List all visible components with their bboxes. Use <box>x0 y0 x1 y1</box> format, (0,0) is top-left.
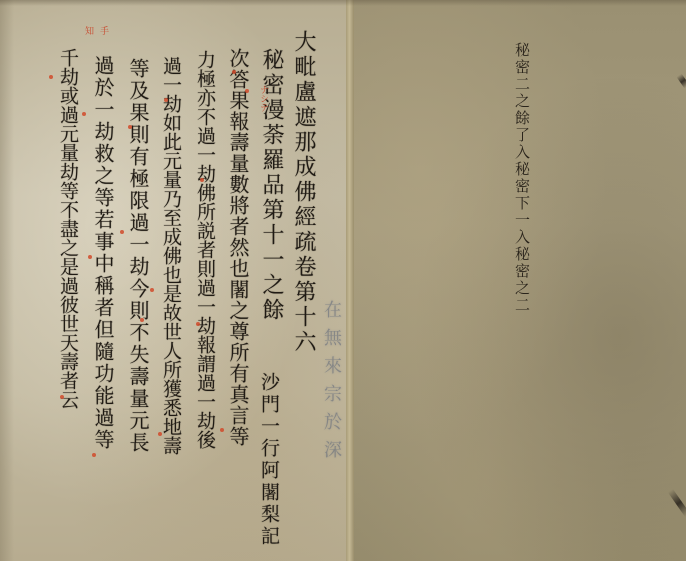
red-dot-mark <box>120 230 124 234</box>
red-dot-mark <box>92 453 96 457</box>
text-column-title: 大毗盧遮那成佛經疏卷第十六 <box>290 30 316 355</box>
page-gutter <box>346 0 354 561</box>
right-page-annotation: 秘密二之餘了入秘密下一入秘密之二 <box>512 42 533 314</box>
red-dot-mark <box>220 428 224 432</box>
faint-show-through-text: 在無來宗於深 <box>318 300 344 468</box>
red-dot-mark <box>158 432 162 436</box>
red-dot-mark <box>196 322 200 326</box>
red-dot-mark <box>82 112 86 116</box>
red-dot-mark <box>150 288 154 292</box>
text-column-4: 力極亦不過一劫佛所説者則過一劫報謂過一劫後 <box>192 50 218 449</box>
red-annotation-mark: ナシテ <box>257 85 270 112</box>
red-dot-mark <box>60 395 64 399</box>
top-edge-shadow <box>0 0 686 6</box>
text-column-6: 等及果則有極限過一劫今則不失壽量元長 <box>125 58 151 454</box>
text-column-author: 沙門一行阿闍梨記 <box>258 372 280 548</box>
text-column-3: 次答果報壽量數將者然也闍之尊所有真言等 <box>225 48 251 447</box>
text-column-8: 千劫或過元量劫等不盡之是過彼世天壽者云 <box>55 48 81 409</box>
red-dot-mark <box>140 318 144 322</box>
manuscript-spread: 大毗盧遮那成佛經疏卷第十六 秘密漫荼羅品第十一之餘 沙門一行阿闍梨記 次答果報壽… <box>0 0 686 561</box>
red-dot-mark <box>128 125 132 129</box>
red-dot-mark <box>49 75 53 79</box>
red-annotation-mark: 知 <box>82 26 95 35</box>
text-column-7: 過於一劫救之等若事中稱者但隨功能過等 <box>90 55 116 451</box>
red-dot-mark <box>200 178 204 182</box>
red-dot-mark <box>88 255 92 259</box>
red-annotation-mark: 手 <box>97 26 110 35</box>
red-dot-mark <box>245 89 249 93</box>
red-dot-mark <box>232 70 236 74</box>
red-dot-mark <box>164 98 168 102</box>
text-column-5: 過一劫如此元量乃至成佛也是故世人所獲悉地壽 <box>158 56 184 455</box>
